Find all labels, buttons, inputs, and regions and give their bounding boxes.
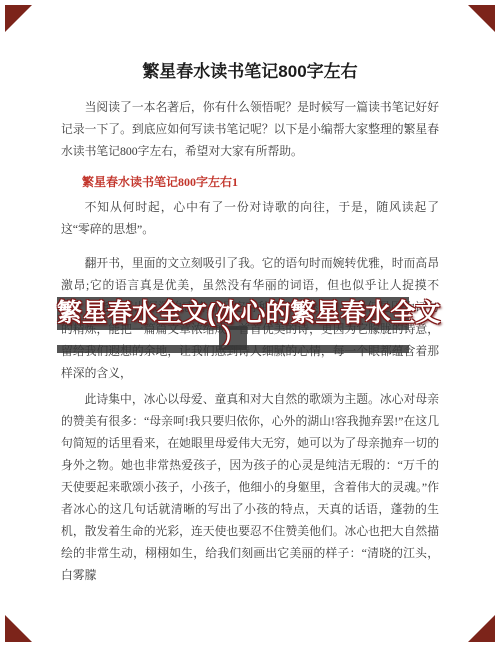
corner-triangle-top-right-icon — [468, 5, 495, 32]
section-heading: 繁星春水读书笔记800字左右1 — [82, 174, 439, 190]
corner-triangle-bottom-left-icon — [5, 615, 32, 642]
article-page: 繁星春水读书笔记800字左右 当阅读了一本名著后，你有什么领悟呢？是时候写一篇读… — [0, 0, 500, 647]
corner-triangle-bottom-right-icon — [468, 615, 495, 642]
page-title: 繁星春水读书笔记800字左右 — [61, 60, 439, 84]
promo-overlay-bottom-strip — [57, 345, 409, 353]
intro-paragraph: 当阅读了一本名著后，你有什么领悟呢？是时候写一篇读书笔记好好记录一下了。到底应如… — [61, 96, 439, 162]
body-paragraph: 此诗集中，冰心以母爱、童真和对大自然的歌颂为主题。冰心对母亲的赞美有很多：“母亲… — [61, 388, 439, 586]
body-paragraph: 不知从何时起，心中有了一份对诗歌的向往，于是，随风读起了这“零碎的思想”。 — [61, 196, 439, 240]
corner-triangle-top-left-icon — [5, 5, 32, 32]
promo-overlay-banner[interactable]: 繁星春水全文(冰心的繁星春水全文 ） — [57, 297, 409, 353]
